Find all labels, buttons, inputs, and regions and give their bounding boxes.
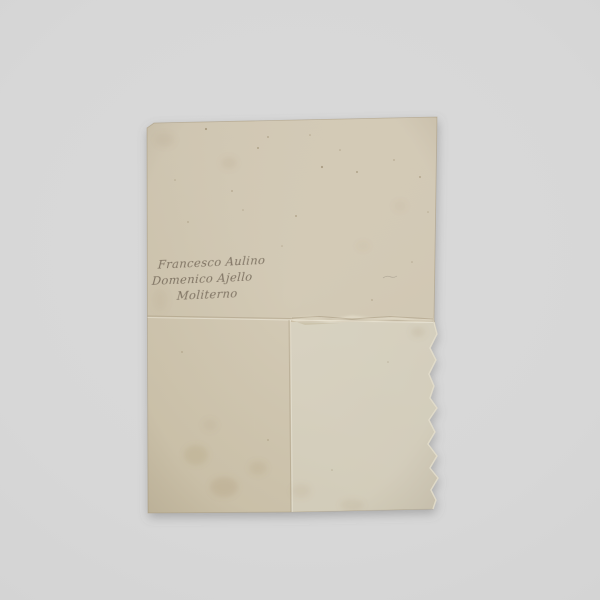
document-photo: Francesco Aulino Domenico Ajello Moliter…: [0, 0, 600, 600]
inscription-line-3: Moliterno: [175, 286, 238, 303]
paper-vignette: [147, 117, 438, 513]
photo-canvas: Francesco Aulino Domenico Ajello Moliter…: [0, 0, 600, 600]
